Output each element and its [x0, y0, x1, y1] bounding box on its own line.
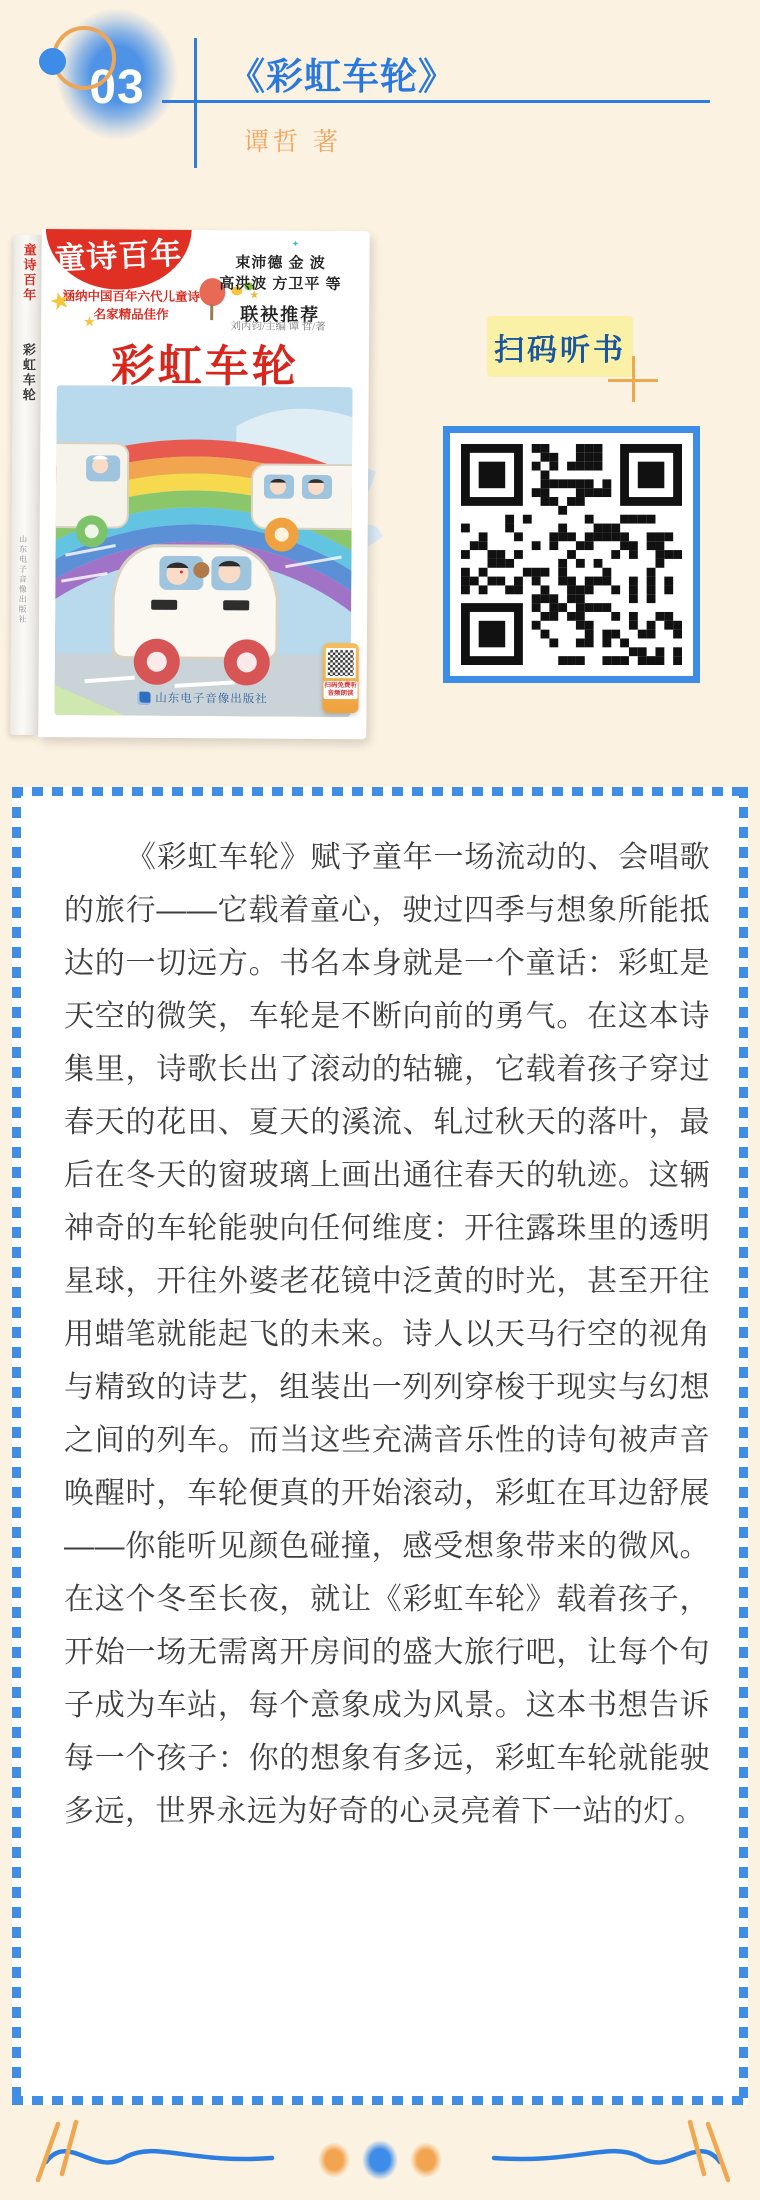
book-author: 谭哲 著 — [244, 122, 342, 158]
series-badge: 童诗百年 — [45, 229, 192, 290]
publisher-line: 山东电子音像出版社 — [38, 689, 366, 707]
cover-illustration — [54, 385, 352, 717]
recommenders-line2: 高洪波 方卫平 等 — [205, 273, 355, 295]
footer-dot — [410, 2142, 442, 2178]
tag-label-line1: 扫码免费听 — [324, 682, 357, 690]
star-icon: ★ — [83, 313, 96, 330]
article-page: 03 《彩虹车轮》 谭哲 著 童诗百年 彩虹车轮 山东电子音像出版社 童诗百年 … — [0, 0, 760, 2200]
qr-code-svg — [461, 444, 682, 665]
book-cover: 童诗百年 彩虹车轮 山东电子音像出版社 童诗百年 涵纳中国百年六代儿童诗 名家精… — [10, 229, 370, 745]
qr-code[interactable] — [443, 426, 700, 683]
tag-qr-icon — [326, 648, 356, 678]
listen-button-label: 扫码听书 — [494, 325, 626, 369]
horizontal-divider — [162, 100, 710, 103]
tag-label: 扫码免费听 音频朗读 — [323, 681, 358, 699]
page-title: 《彩虹车轮》 — [228, 46, 456, 100]
description-box: 《彩虹车轮》赋予童年一场流动的、会唱歌的旅行——它载着童心，驶过四季与想象所能抵… — [12, 787, 748, 2105]
spine-series-label: 童诗百年 — [19, 243, 38, 303]
spine-title: 彩虹车轮 — [19, 343, 38, 403]
footer-dot — [362, 2140, 398, 2180]
footer-squiggle-left-icon — [28, 2118, 280, 2190]
tag-label-line2: 音频朗读 — [324, 690, 357, 698]
vertical-divider — [194, 38, 197, 168]
footer-squiggle-right-icon — [486, 2118, 738, 2190]
cover-illustration-art — [54, 385, 352, 717]
footer-dot — [318, 2142, 350, 2178]
recommenders-block: 束沛德 金 波 高洪波 方卫平 等 联袂推荐 — [205, 252, 356, 327]
book-section: 童诗百年 彩虹车轮 山东电子音像出版社 童诗百年 涵纳中国百年六代儿童诗 名家精… — [0, 228, 760, 748]
book-spine: 童诗百年 彩虹车轮 山东电子音像出版社 — [10, 235, 41, 735]
plus-icon — [608, 356, 658, 402]
footer-dots — [318, 2140, 442, 2180]
book-cover-front: 童诗百年 涵纳中国百年六代儿童诗 名家精品佳作 ★ ★ ★ ✦ 束沛德 金 波 — [38, 229, 370, 739]
description-text: 《彩虹车轮》赋予童年一场流动的、会唱歌的旅行——它载着童心，驶过四季与想象所能抵… — [12, 787, 748, 1838]
publisher-name: 山东电子音像出版社 — [155, 690, 268, 707]
series-badge-label: 童诗百年 — [53, 229, 184, 292]
star-icon: ✦ — [292, 239, 300, 250]
audio-tag: 扫码免费听 音频朗读 — [322, 643, 358, 713]
publisher-logo-icon — [137, 691, 150, 704]
recommenders-line1: 束沛德 金 波 — [205, 252, 355, 274]
dot-circle-icon — [39, 48, 66, 75]
spine-publisher: 山东电子音像出版社 — [17, 535, 29, 625]
